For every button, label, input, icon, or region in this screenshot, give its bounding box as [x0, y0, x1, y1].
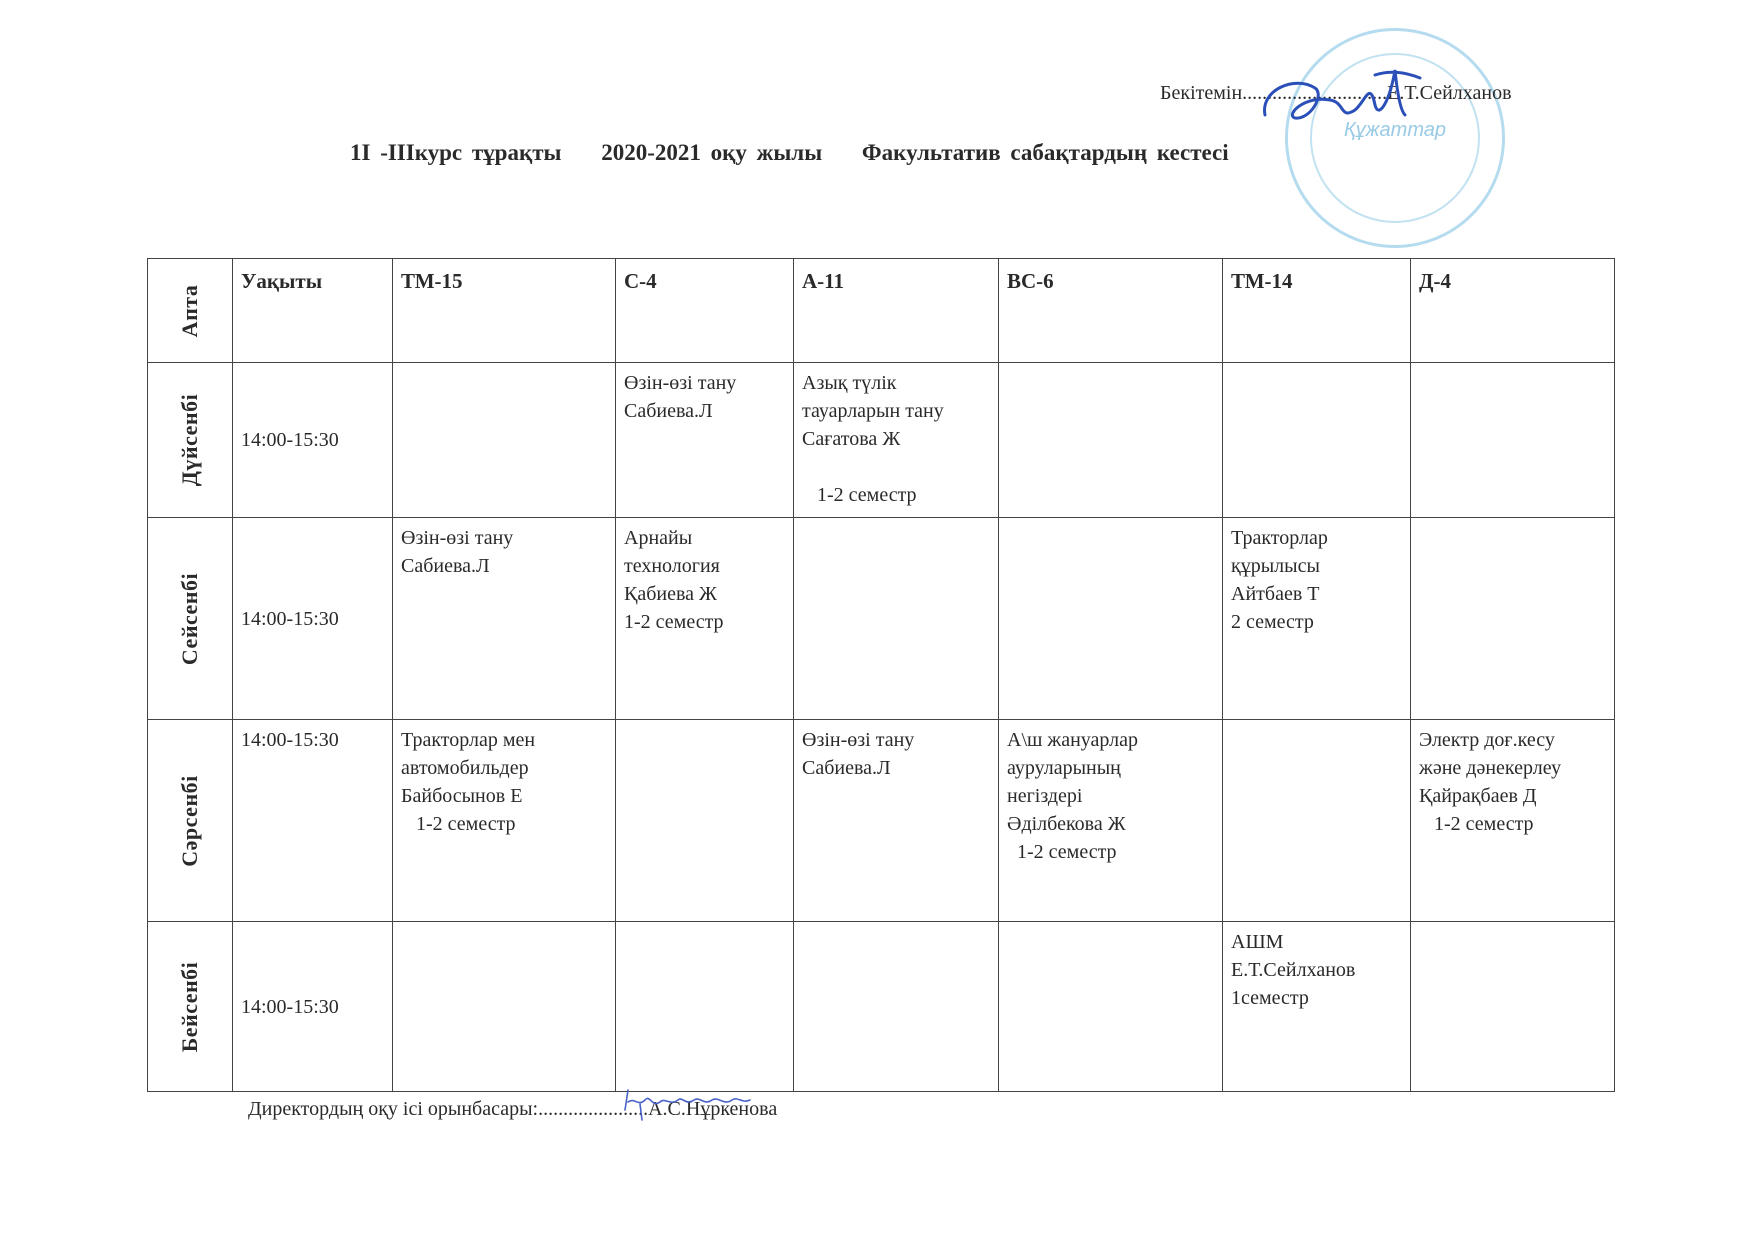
table-row: Дүйсенбі14:00-15:30Өзін-өзі тануСабиева.…: [148, 363, 1615, 518]
cell-text-line: Сабиева.Л: [401, 552, 607, 580]
cell-text-line: Байбосынов Е: [401, 782, 607, 810]
cell-text-line: АШМ: [1231, 928, 1402, 956]
cell-text-line: Өзін-өзі тану: [624, 369, 785, 397]
schedule-cell: [794, 922, 999, 1092]
cell-text-line: негіздері: [1007, 782, 1214, 810]
table-row: Сейсенбі14:00-15:30Өзін-өзі тануСабиева.…: [148, 518, 1615, 720]
table-row: Бейсенбі14:00-15:30АШМЕ.Т.Сейлханов1семе…: [148, 922, 1615, 1092]
day-cell: Бейсенбі: [148, 922, 233, 1092]
cell-text-line: Сабиева.Л: [802, 754, 990, 782]
footer-label: Директордың оқу ісі орынбасары:: [248, 1098, 538, 1120]
day-cell: Сейсенбі: [148, 518, 233, 720]
cell-text-line: Электр доғ.кесу: [1419, 726, 1606, 754]
schedule-cell: [794, 518, 999, 720]
cell-text-line: 1-2 семестр: [401, 810, 607, 838]
approver-signature: [1255, 60, 1435, 140]
title-course: 1І -ІІІкурс тұрақты: [350, 140, 562, 165]
schedule-cell: [1411, 922, 1615, 1092]
time-cell: 14:00-15:30: [233, 720, 393, 922]
cell-text-line: 1-2 семестр: [624, 608, 785, 636]
cell-text-line: автомобильдер: [401, 754, 607, 782]
table-row: Сәрсенбі14:00-15:30Тракторлар менавтомоб…: [148, 720, 1615, 922]
document-title: 1І -ІІІкурс тұрақты 2020-2021 оқу жылы Ф…: [350, 140, 1259, 166]
cell-text-line: Сабиева.Л: [624, 397, 785, 425]
cell-text-line: А\ш жануарлар: [1007, 726, 1214, 754]
schedule-cell: [1223, 363, 1411, 518]
schedule-cell: Электр доғ.кесужәне дәнекерлеуҚайрақбаев…: [1411, 720, 1615, 922]
schedule-table: Апта Уақыты ТМ-15 С-4 А-11 ВС-6 ТМ-14 Д-…: [147, 258, 1615, 1092]
cell-text-line: 2 семестр: [1231, 608, 1402, 636]
title-year: 2020-2021 оқу жылы: [601, 140, 822, 165]
cell-text-line: Арнайы: [624, 524, 785, 552]
cell-text-line: Азық түлік: [802, 369, 990, 397]
schedule-cell: Өзін-өзі тануСабиева.Л: [794, 720, 999, 922]
schedule-cell: [999, 518, 1223, 720]
schedule-cell: Азық түліктауарларын тануСағатова Ж 1-2 …: [794, 363, 999, 518]
group-header: А-11: [794, 259, 999, 363]
schedule-cell: [393, 922, 616, 1092]
header-row: Апта Уақыты ТМ-15 С-4 А-11 ВС-6 ТМ-14 Д-…: [148, 259, 1615, 363]
cell-text-line: Қайрақбаев Д: [1419, 782, 1606, 810]
group-header: ТМ-14: [1223, 259, 1411, 363]
cell-text-line: Өзін-өзі тану: [802, 726, 990, 754]
cell-text-line: Әділбекова Ж: [1007, 810, 1214, 838]
schedule-cell: ТракторларқұрылысыАйтбаев Т2 семестр: [1223, 518, 1411, 720]
week-header: Апта: [148, 259, 233, 363]
day-label: Бейсенбі: [176, 961, 204, 1052]
cell-text-line: Е.Т.Сейлханов: [1231, 956, 1402, 984]
cell-text-line: технология: [624, 552, 785, 580]
deputy-signature: [620, 1082, 780, 1122]
schedule-cell: АШМЕ.Т.Сейлханов1семестр: [1223, 922, 1411, 1092]
cell-text-line: Өзін-өзі тану: [401, 524, 607, 552]
group-header: Д-4: [1411, 259, 1615, 363]
cell-text-line: 1-2 семестр: [802, 481, 990, 509]
schedule-cell: [616, 922, 794, 1092]
schedule-cell: [999, 363, 1223, 518]
cell-text-line: Айтбаев Т: [1231, 580, 1402, 608]
cell-text-line: ауруларының: [1007, 754, 1214, 782]
time-cell: 14:00-15:30: [233, 518, 393, 720]
day-cell: Сәрсенбі: [148, 720, 233, 922]
time-cell: 14:00-15:30: [233, 922, 393, 1092]
cell-text-line: және дәнекерлеу: [1419, 754, 1606, 782]
cell-text-line: 1семестр: [1231, 984, 1402, 1012]
schedule-cell: [1223, 720, 1411, 922]
schedule-cell: [1411, 518, 1615, 720]
cell-text-line: Тракторлар: [1231, 524, 1402, 552]
cell-text-line: тауарларын тану: [802, 397, 990, 425]
day-cell: Дүйсенбі: [148, 363, 233, 518]
schedule-cell: [999, 922, 1223, 1092]
day-label: Сәрсенбі: [176, 775, 204, 866]
time-header: Уақыты: [233, 259, 393, 363]
schedule-cell: Тракторлар менавтомобильдерБайбосынов Е …: [393, 720, 616, 922]
schedule-cell: А\ш жануарларауруларыныңнегіздеріӘділбек…: [999, 720, 1223, 922]
group-header: С-4: [616, 259, 794, 363]
group-header: ТМ-15: [393, 259, 616, 363]
schedule-cell: [616, 720, 794, 922]
schedule-cell: АрнайытехнологияҚабиева Ж1-2 семестр: [616, 518, 794, 720]
cell-text-line: құрылысы: [1231, 552, 1402, 580]
schedule-cell: Өзін-өзі тануСабиева.Л: [393, 518, 616, 720]
day-label: Сейсенбі: [176, 572, 204, 664]
schedule-cell: [1411, 363, 1615, 518]
schedule-cell: [393, 363, 616, 518]
group-header: ВС-6: [999, 259, 1223, 363]
time-cell: 14:00-15:30: [233, 363, 393, 518]
cell-text-line: 1-2 семестр: [1007, 838, 1214, 866]
cell-text-line: Сағатова Ж: [802, 425, 990, 453]
cell-text-line: Қабиева Ж: [624, 580, 785, 608]
cell-text-line: 1-2 семестр: [1419, 810, 1606, 838]
title-name: Факультатив сабақтардың кестесі: [862, 140, 1229, 165]
cell-text-line: Тракторлар мен: [401, 726, 607, 754]
approve-label: Бекітемін: [1160, 82, 1242, 104]
cell-text-line: [802, 453, 990, 481]
schedule-cell: Өзін-өзі тануСабиева.Л: [616, 363, 794, 518]
day-label: Дүйсенбі: [176, 394, 204, 486]
